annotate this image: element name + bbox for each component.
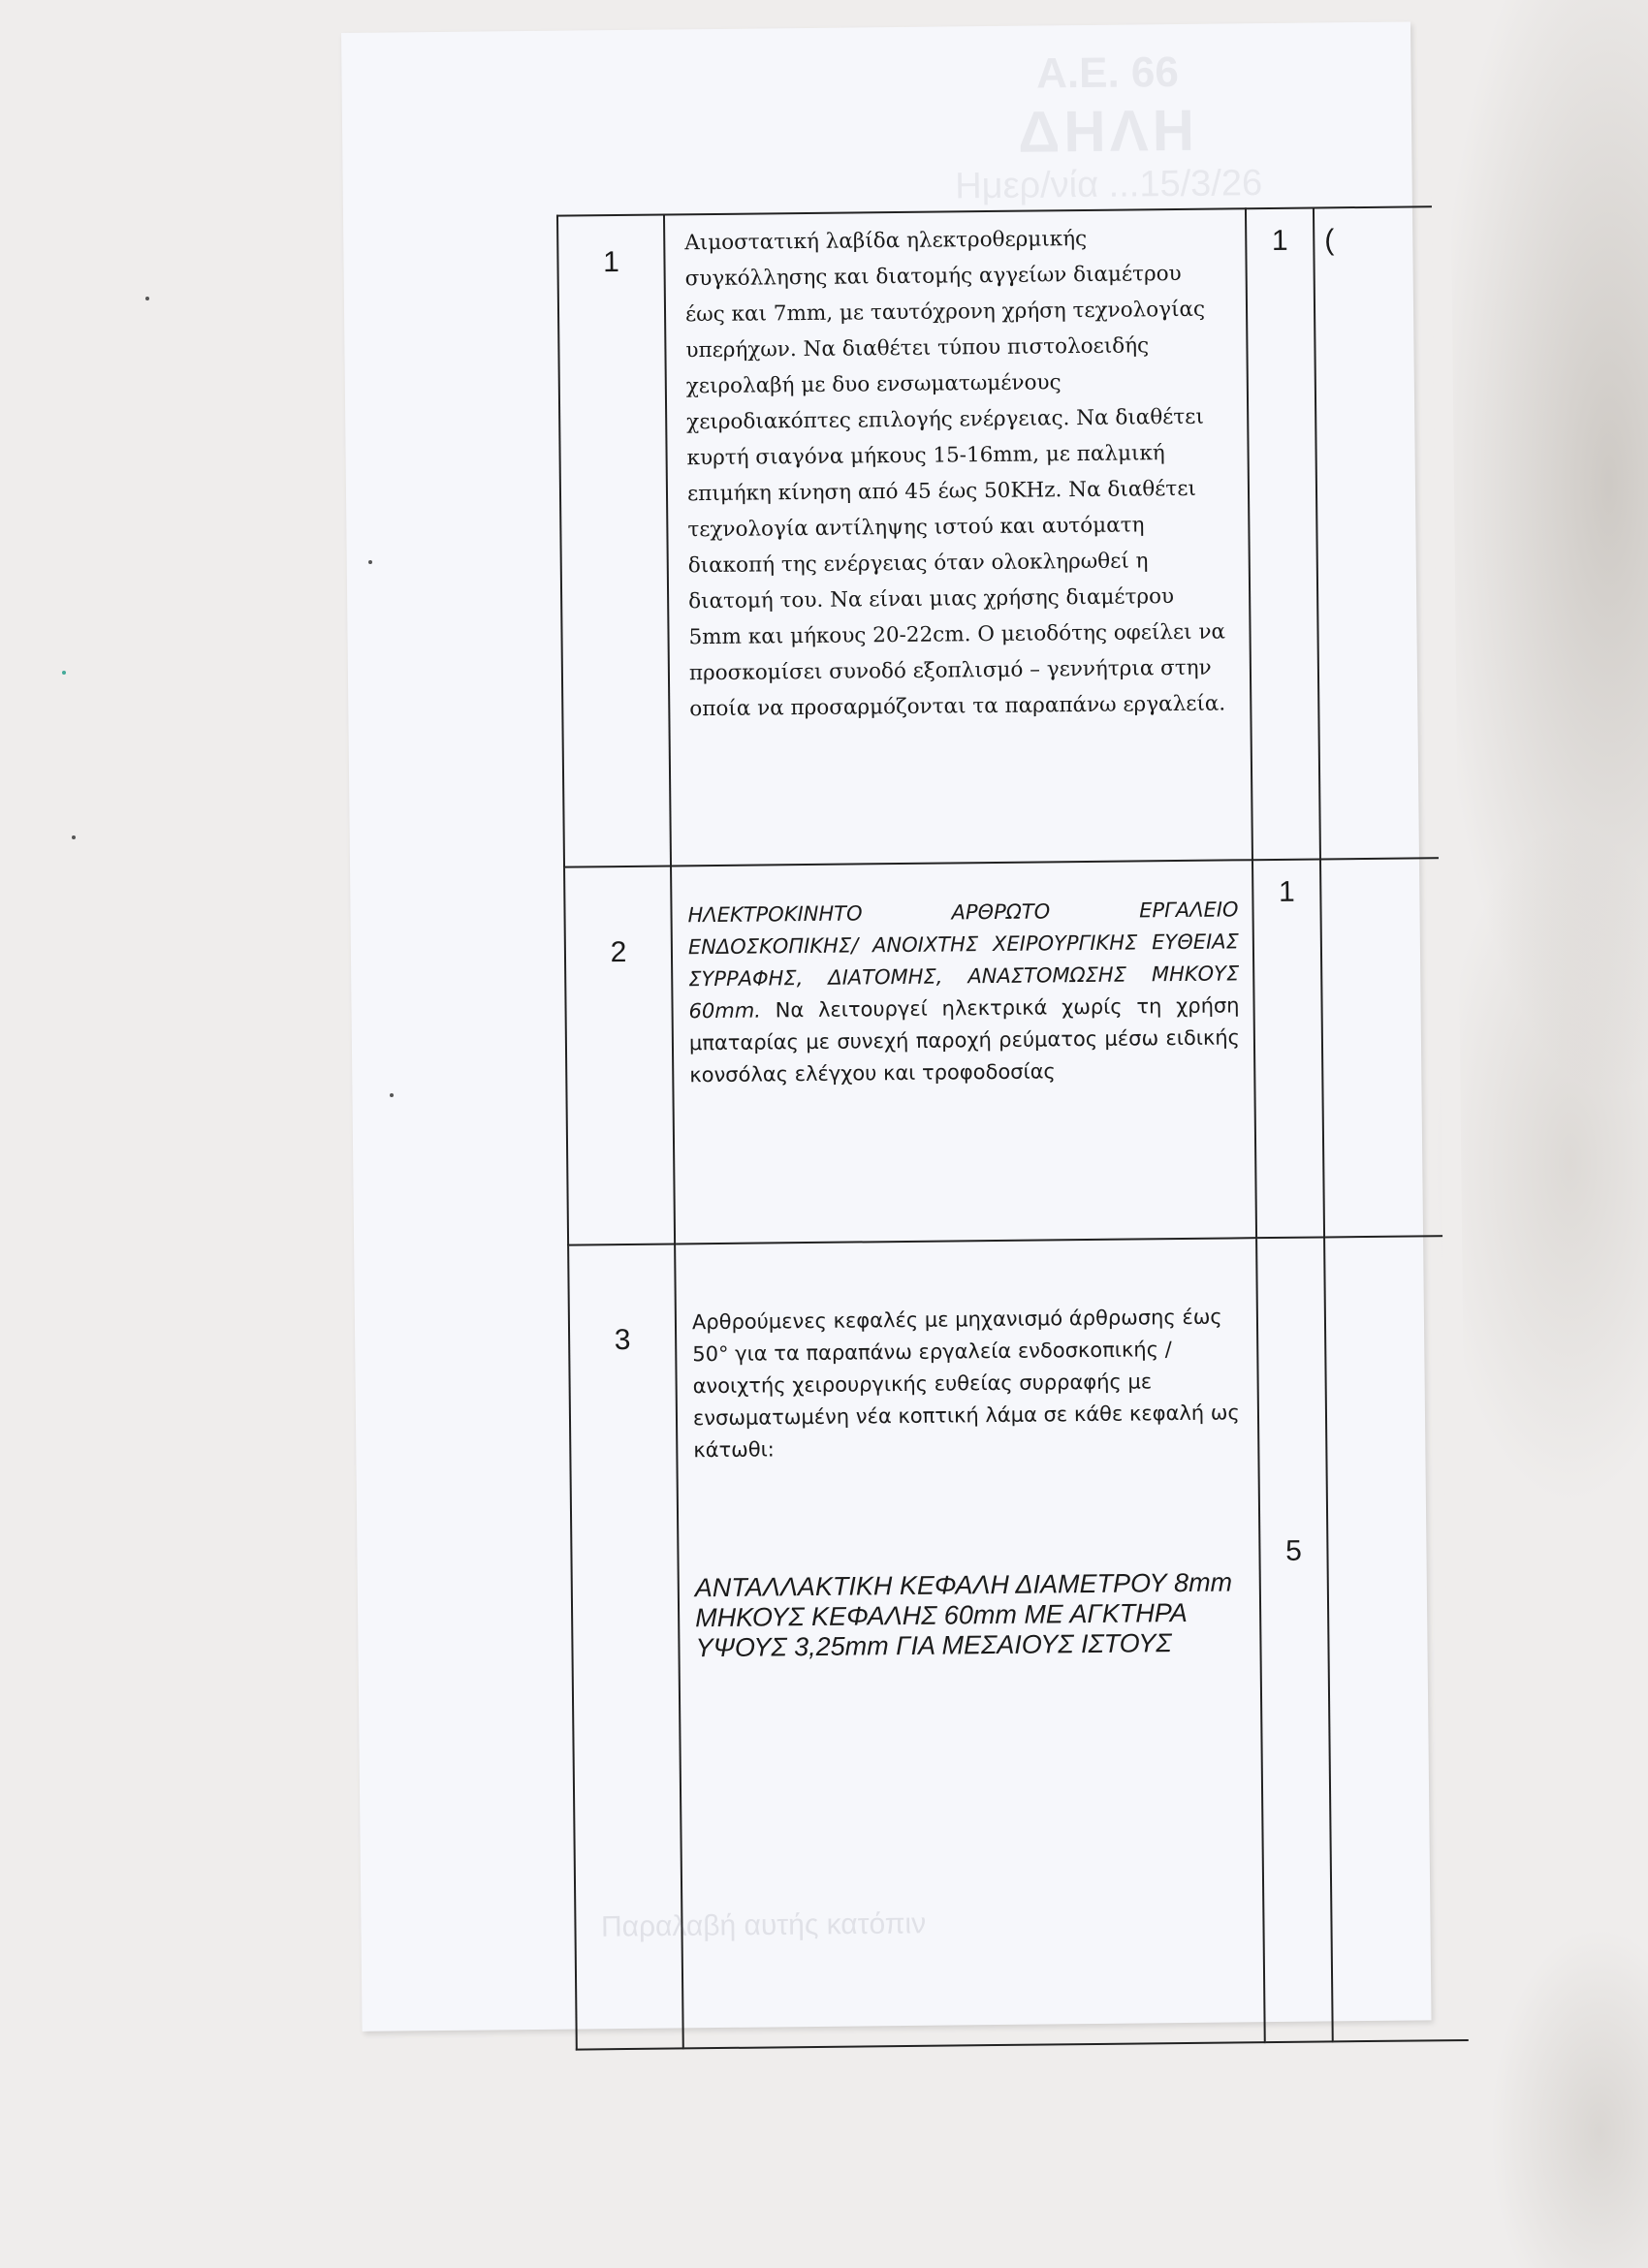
scan-speck (368, 560, 372, 564)
row-quantity: 1 (1246, 208, 1320, 861)
row-description-rest: Να λειτουργεί ηλεκτρικά χωρίς τη χρήση μ… (689, 993, 1240, 1087)
sub-item-quantity: 5 (1261, 1534, 1325, 1568)
scan-speck (72, 835, 76, 839)
stamp-line-2: ΔΗΛΗ (924, 96, 1293, 167)
row-number-text: 1 (559, 217, 663, 280)
row-number: 1 (557, 215, 671, 867)
row-description: Αιμοστατική λαβίδα ηλεκτροθερμικής συγκό… (664, 208, 1252, 866)
row-description: ΗΛΕΚΤΡΟΚΙΝΗΤΟ ΑΡΘΡΩΤΟ ΕΡΓΑΛΕΙΟ ΕΝΔΟΣΚΟΠΙ… (671, 860, 1256, 1244)
stamp-line-3: Ημερ/νία ...15/3/26 (924, 163, 1292, 208)
row-quantity-text (1258, 1253, 1322, 1254)
faint-stamp: Α.Ε. 66 ΔΗΛΗ Ημερ/νία ...15/3/26 (923, 47, 1293, 208)
scan-speck (390, 1093, 394, 1097)
scan-speck (145, 297, 149, 300)
row-description-text: Αρθρούμενες κεφαλές με μηχανισμό άρθρωση… (691, 1252, 1244, 1466)
bleed-through-text: Παραλαβή αυτής κατόπιν (601, 1907, 926, 1944)
scan-speck (62, 671, 66, 675)
stamp-line-1: Α.Ε. 66 (923, 47, 1292, 100)
sub-item-description: ΑΝΤΑΛΛΑΚΤΙΚΗ ΚΕΦΑΛΗ ΔΙΑΜΕΤΡΟΥ 8mm ΜΗΚΟΥΣ… (695, 1567, 1247, 1663)
table-row: 2 ΗΛΕΚΤΡΟΚΙΝΗΤΟ ΑΡΘΡΩΤΟ ΕΡΓΑΛΕΙΟ ΕΝΔΟΣΚΟ… (564, 858, 1460, 1245)
row-number: 2 (564, 866, 675, 1244)
row-quantity: 1 (1252, 859, 1324, 1238)
table-row: 1 Αιμοστατική λαβίδα ηλεκτροθερμικής συγ… (557, 206, 1456, 867)
row-number-text: 3 (570, 1245, 674, 1357)
row-quantity: 5 (1256, 1237, 1333, 2042)
row-number-text: 2 (566, 868, 670, 970)
scanned-page: Α.Ε. 66 ΔΗΛΗ Ημερ/νία ...15/3/26 1 Αιμοσ… (341, 21, 1432, 2031)
specification-table: 1 Αιμοστατική λαβίδα ηλεκτροθερμικής συγ… (556, 205, 1469, 2051)
